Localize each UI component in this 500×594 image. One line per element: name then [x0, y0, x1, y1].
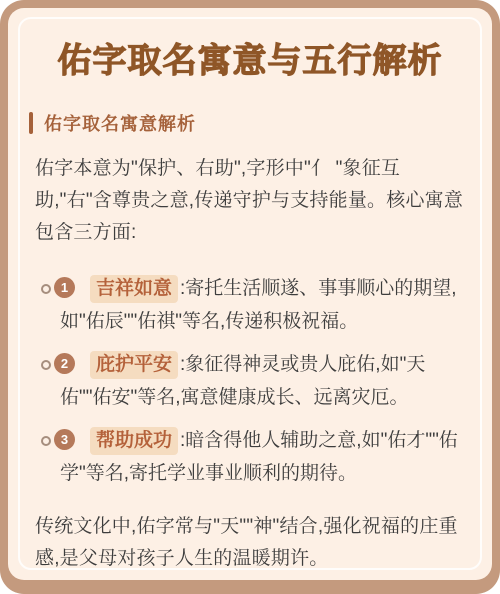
section-title: 佑字取名寓意解析	[44, 110, 196, 136]
bullet-dot-icon	[41, 360, 51, 370]
list-item: 3 帮助成功:暗含得他人辅助之意,如"佑才""佑学"等名,寄托学业事业顺利的期待…	[35, 424, 465, 490]
number-badge: 1	[54, 277, 75, 298]
intro-paragraph: 佑字本意为"保护、右助",字形中"亻 "象征互助,"右"含尊贵之意,传递守护与支…	[35, 153, 465, 249]
outro-paragraph: 传统文化中,佑字常与"天""神"结合,强化祝福的庄重感,是父母对孩子人生的温暖期…	[35, 511, 465, 575]
list-item: 1 吉祥如意:寄托生活顺遂、事事顺心的期望,如"佑辰""佑祺"等名,传递积极祝福…	[35, 272, 465, 338]
bullet-label: 吉祥如意	[90, 275, 178, 303]
content-card: 佑字取名寓意与五行解析 佑字取名寓意解析 佑字本意为"保护、右助",字形中"亻 …	[8, 8, 492, 580]
bullet-label: 帮助成功	[90, 427, 178, 455]
number-badge: 3	[54, 429, 75, 450]
bullet-label: 庇护平安	[90, 351, 178, 379]
page-title: 佑字取名寓意与五行解析	[35, 38, 465, 84]
bullet-list: 1 吉祥如意:寄托生活顺遂、事事顺心的期望,如"佑辰""佑祺"等名,传递积极祝福…	[35, 272, 465, 490]
bullet-dot-icon	[41, 284, 51, 294]
section-header: 佑字取名寓意解析	[35, 110, 465, 136]
card-frame: 佑字取名寓意与五行解析 佑字取名寓意解析 佑字本意为"保护、右助",字形中"亻 …	[0, 0, 500, 594]
bullet-dot-icon	[41, 436, 51, 446]
list-item: 2 庇护平安:象征得神灵或贵人庇佑,如"天佑""佑安"等名,寓意健康成长、远离灾…	[35, 348, 465, 414]
section-accent-bar	[29, 112, 33, 134]
number-badge: 2	[54, 353, 75, 374]
